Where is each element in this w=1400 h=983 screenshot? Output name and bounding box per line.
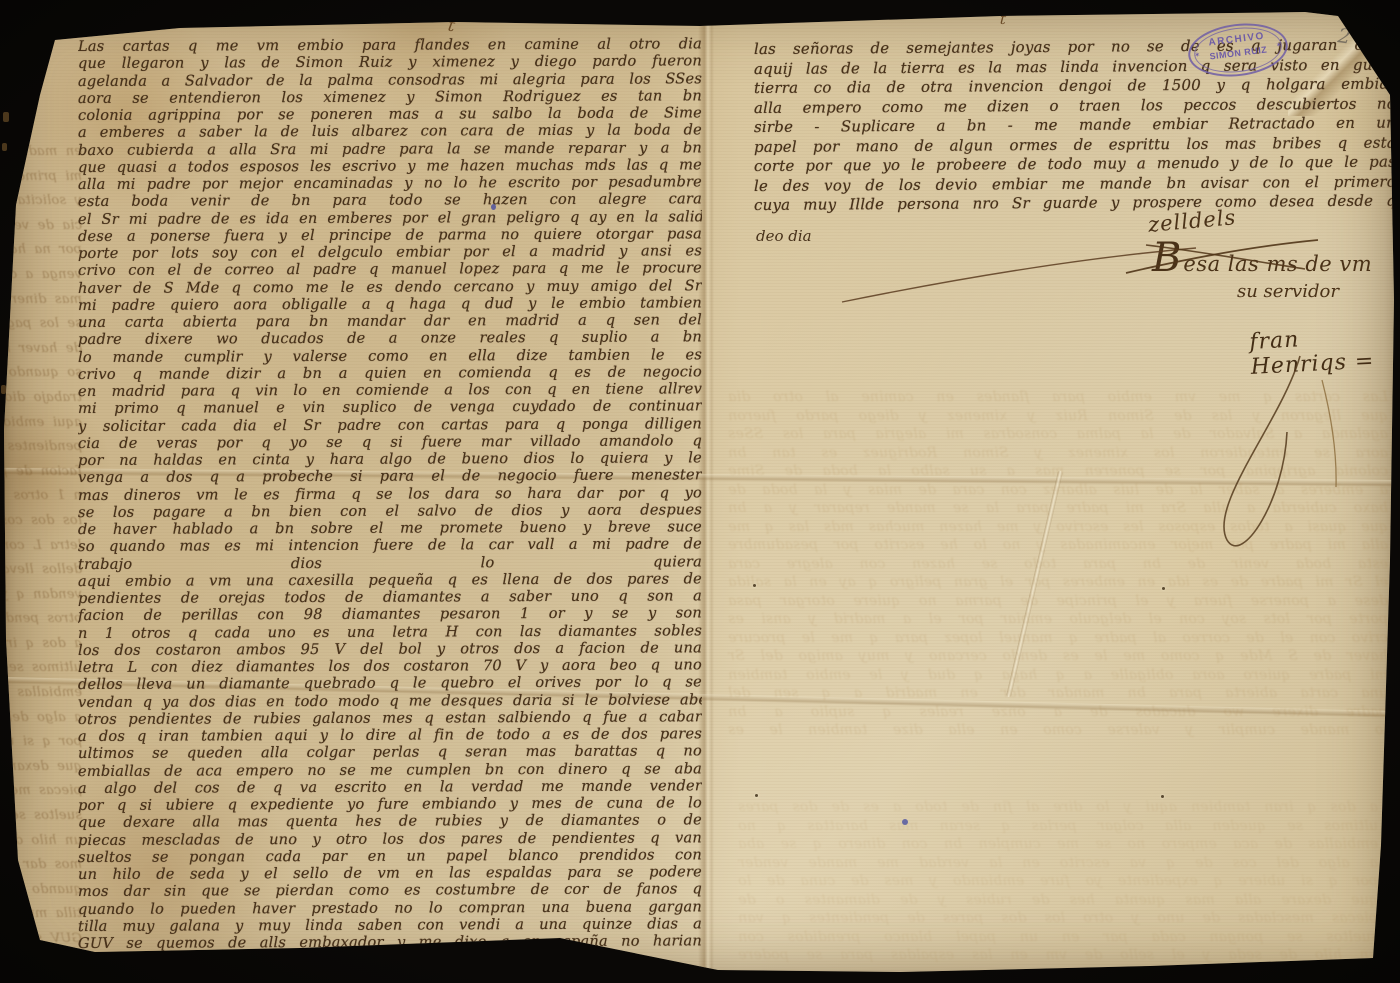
signature-courtesy-line: Besa las ms de vm (1152, 235, 1372, 281)
ghost-line: aqui embio a vm una caxesilla pequeña q … (4, 411, 82, 436)
ghost-line: aora se entendieron los ximenez y Simon … (728, 444, 1388, 463)
pinhole (1162, 587, 1165, 590)
ghost-line: piecas mescladas de uno y otro los dos p… (738, 909, 1378, 928)
pinhole (1161, 795, 1164, 798)
ghost-line: mas dineros vm le es firma q se los dara… (4, 288, 82, 313)
ghost-line: vendan q ya dos dias en todo modo q me d… (4, 583, 82, 608)
collation-cross-right-page: t (999, 10, 1006, 28)
closing-line: deo dia (756, 227, 812, 245)
ghost-line: agelanda a Salvador de la palma consodra… (728, 425, 1388, 444)
manuscript-line: ultimos se queden alla colgar perlas q s… (78, 743, 702, 763)
ghost-line: se los pagare a bn bien con el salvo de … (4, 312, 82, 337)
ghost-line: sueltos se pongan cada par en un papel b… (4, 804, 82, 829)
ghost-line: so quando mas es mi intencion fuere de l… (4, 361, 82, 386)
bleed-through-left-margin: en madrid para q vin lo en comiende a lo… (4, 140, 82, 952)
ghost-line: que dexare alla mas quenta hes de rubies… (738, 891, 1378, 910)
ghost-line: un hilo de seda y el sello de vm en las … (4, 829, 82, 854)
spine-edge-mark (3, 112, 9, 122)
scan-background: en madrid para q vin lo en comiende a lo… (0, 0, 1400, 983)
ghost-line: quando lo pueden haver prestado no lo co… (4, 878, 82, 903)
ghost-line: n 1 otros q cada uno es una letra H con … (4, 484, 82, 509)
ghost-line: por na haldas en cinta y hara algo de bu… (4, 238, 82, 263)
ghost-line: ultimos se queden alla colgar perlas q s… (738, 817, 1378, 836)
pinhole (755, 794, 758, 797)
manuscript-line: padre dixere wo ducados de a onze reales… (78, 329, 702, 349)
manuscript-line: facion de perillas con 98 diamantes pesa… (78, 605, 702, 625)
manuscript-line: esta boda venir de bn para todo se hazen… (78, 191, 702, 211)
signature-servant-line: su servidor (1237, 281, 1339, 302)
manuscript-line: crivo con el de correo al padre q manuel… (78, 260, 702, 280)
manuscript-line: dellos lleva un diamante quebrado q le q… (78, 674, 702, 694)
ghost-line: letra L con diez diamantes los dos costa… (4, 534, 82, 559)
spine-edge-mark (1, 385, 6, 394)
manuscript-line: cuya muy Illde persona nro Sr guarde y p… (754, 192, 1396, 216)
ghost-line: un hilo de seda y el sello de vm en las … (738, 946, 1378, 965)
manuscript-line: mos dar sin que se pierdan como es costu… (78, 881, 702, 901)
blue-ink-dot (902, 819, 908, 825)
ghost-line: dese a ponerse fuera y el principe de pa… (728, 592, 1388, 611)
ghost-line: por q si ubiere q expediente yo fure emb… (4, 730, 82, 755)
ghost-line: y solicitar cada dia el Sr padre con car… (4, 189, 82, 214)
ghost-line: mi primo q manuel e vin suplico de venga… (4, 165, 82, 190)
ghost-line: mos dar sin que se pierdan como es costu… (4, 853, 82, 878)
blue-ink-dot (491, 204, 496, 210)
spine-edge-mark (2, 143, 7, 151)
ghost-line: haver de S Mde q como me le es dendo cer… (728, 647, 1388, 666)
collation-cross-left-page: t (446, 16, 456, 37)
ghost-line: baxo cubierda a alla Sra mi padre para l… (728, 499, 1388, 518)
stamp-star-left: ✶ (1194, 51, 1201, 60)
manuscript-line: a emberes a saber la de luis albarez con… (78, 122, 702, 142)
ghost-line: en madrid para q vin lo en comiende a lo… (4, 140, 82, 165)
ghost-line: facion de perillas con 98 diamantes pesa… (4, 460, 82, 485)
ghost-line: lo mande cumplir y valerse como en ella … (728, 721, 1388, 740)
bleed-through-right-upper: Las cartas q me vm embio para flandes en… (728, 388, 1388, 740)
ghost-line: una carta abierta para bn mandar dar en … (728, 684, 1388, 703)
bleed-through-right-lower: a dos q iran tambien aqui y lo dire al f… (738, 798, 1378, 965)
ghost-line: de haver hablado a bn sobre el me promet… (4, 337, 82, 362)
ghost-line: a dos q iran tambien aqui y lo dire al f… (4, 632, 82, 657)
manuscript-line: so quando mas es mi intencion fuere de l… (78, 536, 702, 556)
ghost-line: los dos costaron ambos 95 V del bol y ot… (4, 509, 82, 534)
ghost-line: que dexare alla mas quenta hes de rubies… (4, 755, 82, 780)
ghost-line: venga a dos q a probeche si para el de n… (4, 263, 82, 288)
ghost-line: pendientes de orejas todos de diamantes … (4, 435, 82, 460)
manuscript-line: GUV se quemos de alls embaxador y me dix… (78, 932, 702, 952)
ghost-line: alla mi padre por mejor encaminadas y no… (728, 536, 1388, 555)
ghost-line: que llegaron y las de Simon Ruiz y ximen… (728, 407, 1388, 426)
signature-name: fran Henriqs = (1249, 322, 1400, 380)
ghost-line: esta boda venir de bn para todo se hazen… (728, 555, 1388, 574)
manuscript-line: mi primo q manuel e vin suplico de venga… (78, 398, 702, 418)
ghost-line: el Sr mi padre de es ida en emberes por … (728, 573, 1388, 592)
manuscript-line: que dexare alla mas quenta hes de rubies… (78, 812, 702, 832)
ghost-line: GUV se quemos de alls embaxador y me dix… (4, 927, 82, 952)
manuscript-paper: en madrid para q vin lo en comiende a lo… (0, 0, 1400, 983)
right-page-text: las señoras de semejantes joyas por no s… (754, 40, 1396, 216)
ghost-line: crivo con el de correo al padre q manuel… (728, 629, 1388, 648)
left-page-text: Las cartas q me vm embio para flandes en… (78, 38, 702, 952)
ghost-line: ultimos se queden alla colgar perlas q s… (4, 656, 82, 681)
ghost-line: embiallas de aca empero no se me cumplen… (4, 681, 82, 706)
ghost-line: colonia agrippina por se poneren mas a s… (728, 462, 1388, 481)
pinhole (753, 584, 756, 587)
ghost-line: tilla muy galana y muy linda saben con v… (4, 902, 82, 927)
manuscript-line: venga a dos q a probeche si para el de n… (78, 467, 702, 487)
ghost-line: piecas mescladas de uno y otro los dos p… (4, 779, 82, 804)
ghost-line: padre dixere wo ducados de a onze reales… (728, 703, 1388, 722)
manuscript-line: que llegaron y las de Simon Ruiz y ximen… (78, 53, 702, 73)
ghost-line: sueltos se pongan cada par en un papel b… (738, 928, 1378, 947)
ghost-line: a algo del cos de q va escrito en la ver… (738, 854, 1378, 873)
ghost-line: mi padre quiero aora obligalle a q haga … (728, 666, 1388, 685)
ghost-line: trabajo dios lo quiera (4, 386, 82, 411)
ghost-line: porte por lots soy con el delgculo embia… (728, 610, 1388, 629)
ghost-line: Las cartas q me vm embio para flandes en… (728, 388, 1388, 407)
ghost-line: que quasi a todos esposos les escrivo y … (728, 518, 1388, 537)
ghost-line: por q si ubiere q expediente yo fure emb… (738, 872, 1378, 891)
ghost-line: a algo del cos de q va escrito en la ver… (4, 706, 82, 731)
ghost-line: a emberes a saber la de luis albarez con… (728, 481, 1388, 500)
ghost-line: cia de veras por q yo se q si fuere mar … (4, 214, 82, 239)
ghost-line: dellos lleva un diamante quebrado q le q… (4, 558, 82, 583)
ghost-line: embiallas de aca empero no se me cumplen… (738, 835, 1378, 854)
stamp-star-right: ✶ (1275, 41, 1282, 50)
ghost-line: a dos q iran tambien aqui y lo dire al f… (738, 798, 1378, 817)
ghost-line: otros pendientes de rubies galanos mes q… (4, 607, 82, 632)
